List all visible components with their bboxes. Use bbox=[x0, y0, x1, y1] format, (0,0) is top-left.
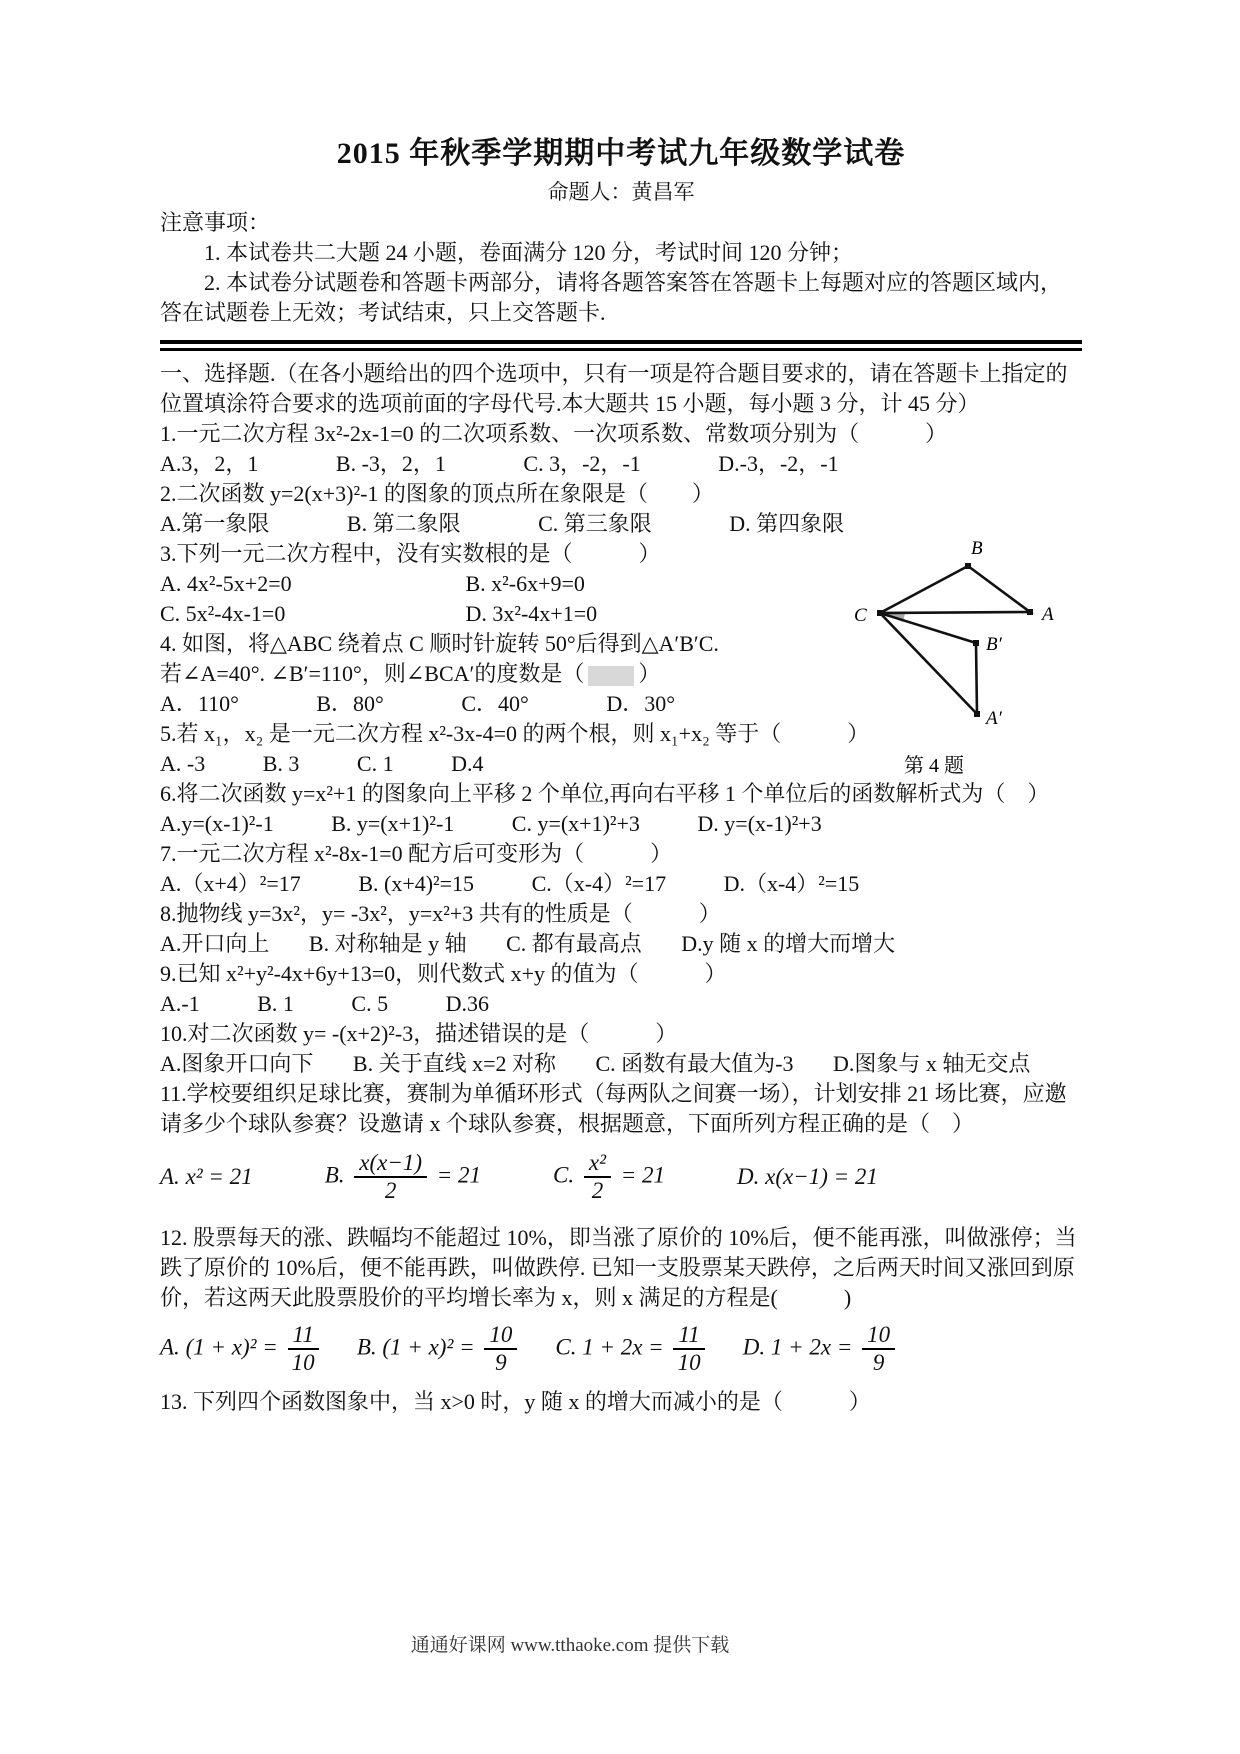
option-lhs: (1 + x)² = bbox=[186, 1334, 278, 1359]
option-d: D. 1 + 2x = 10 9 bbox=[743, 1322, 899, 1377]
fraction-numerator: 10 bbox=[862, 1322, 895, 1350]
option-b: B．80° bbox=[316, 689, 383, 719]
notice-heading: 注意事项： bbox=[160, 208, 1082, 238]
vertex-a1-dot bbox=[974, 711, 980, 717]
option-d: D.-3，-2，-1 bbox=[718, 449, 838, 479]
question-10-stem: 10.对二次函数 y= -(x+2)²-3，描述错误的是（ ） bbox=[160, 1019, 1082, 1049]
option-a: A. x² = 21 bbox=[160, 1164, 253, 1190]
option-c: C. 都有最高点 bbox=[506, 929, 642, 959]
option-a: A. 4x²-5x+2=0 bbox=[160, 569, 460, 599]
fraction: x² 2 bbox=[584, 1150, 611, 1205]
answer-blank-box bbox=[588, 666, 634, 686]
question-6-options: A.y=(x-1)²-1 B. y=(x+1)²-1 C. y=(x+1)²+3… bbox=[160, 809, 1082, 839]
option-d: D.y 随 x 的增大而增大 bbox=[681, 929, 895, 959]
question-1-stem: 1.一元二次方程 3x²-2x-1=0 的二次项系数、一次项系数、常数项分别为（… bbox=[160, 419, 1082, 449]
option-label: B. bbox=[357, 1334, 377, 1359]
fraction: 10 9 bbox=[484, 1322, 517, 1377]
option-label: C. bbox=[555, 1334, 576, 1359]
footer-watermark: 通通好课网 www.tthaoke.com 提供下载 bbox=[0, 1630, 1140, 1657]
vertex-b1-label: B′ bbox=[986, 634, 1003, 655]
fraction: 11 10 bbox=[288, 1322, 319, 1377]
option-d: D. x(x−1) = 21 bbox=[737, 1164, 878, 1190]
author-line: 命题人：黄昌军 bbox=[160, 176, 1082, 208]
fraction-numerator: x(x−1) bbox=[354, 1150, 427, 1178]
question-2-stem: 2.二次函数 y=2(x+3)²-1 的图象的顶点所在象限是（ ） bbox=[160, 479, 1082, 509]
option-c: C. x² 2 = 21 bbox=[553, 1150, 665, 1205]
question-4-stem-close: ） bbox=[638, 661, 660, 686]
figure-caption: 第 4 题 bbox=[904, 754, 964, 777]
option-a: A.第一象限 bbox=[160, 509, 269, 539]
vertex-a1-label: A′ bbox=[984, 708, 1003, 729]
section-intro: 一、选择题.（在各小题给出的四个选项中，只有一项是符合题目要求的，请在答题卡上指… bbox=[160, 359, 1082, 419]
question-8-options: A.开口向上 B. 对称轴是 y 轴 C. 都有最高点 D.y 随 x 的增大而… bbox=[160, 929, 1082, 959]
question-11-options: A. x² = 21 B. x(x−1) 2 = 21 C. x² 2 = 21 bbox=[160, 1139, 1082, 1215]
vertex-c-dot bbox=[877, 610, 883, 616]
option-d: D. 3x²-4x+1=0 bbox=[466, 599, 598, 629]
fraction-numerator: 11 bbox=[288, 1322, 319, 1350]
question-4-stem-open: 若∠A=40°. ∠B′=110°，则∠BCA′的度数是（ bbox=[160, 661, 584, 686]
question-9-stem: 9.已知 x²+y²-4x+6y+13=0，则代数式 x+y 的值为（ ） bbox=[160, 959, 1082, 989]
option-a: A.3，2，1 bbox=[160, 449, 258, 479]
option-d: D.4 bbox=[451, 749, 483, 779]
option-label: D. bbox=[743, 1334, 765, 1359]
option-a: A.开口向上 bbox=[160, 929, 269, 959]
option-c: C. 1 + 2x = 11 10 bbox=[555, 1322, 708, 1377]
question-1-options: A.3，2，1 B. -3，2，1 C. 3，-2，-1 D.-3，-2，-1 bbox=[160, 449, 1082, 479]
option-b: B. y=(x+1)²-1 bbox=[331, 809, 454, 839]
notice-item-1: 1. 本试卷共二大题 24 小题，卷面满分 120 分，考试时间 120 分钟； bbox=[160, 238, 1082, 268]
question-8-stem: 8.抛物线 y=3x²，y= -3x²，y=x²+3 共有的性质是（ ） bbox=[160, 899, 1082, 929]
fraction: x(x−1) 2 bbox=[354, 1150, 427, 1205]
fraction-numerator: 11 bbox=[673, 1322, 704, 1350]
option-lhs: 1 + 2x = bbox=[771, 1334, 853, 1359]
option-a: A.-1 bbox=[160, 989, 200, 1019]
question-11-stem: 11.学校要组织足球比赛，赛制为单循环形式（每两队之间赛一场），计划安排 21 … bbox=[160, 1079, 1082, 1139]
fraction-numerator: x² bbox=[584, 1150, 611, 1178]
vertex-a-dot bbox=[1027, 609, 1033, 615]
vertex-a-label: A bbox=[1040, 604, 1054, 625]
question-13-stem: 13. 下列四个函数图象中，当 x>0 时，y 随 x 的增大而减小的是（ ） bbox=[160, 1387, 1082, 1417]
option-rhs: = 21 bbox=[621, 1162, 665, 1187]
fraction-denominator: 9 bbox=[862, 1350, 895, 1376]
fraction-denominator: 10 bbox=[673, 1350, 704, 1376]
option-lhs: 1 + 2x = bbox=[582, 1334, 664, 1359]
vertex-b-label: B bbox=[971, 538, 983, 559]
option-lhs: (1 + x)² = bbox=[382, 1334, 474, 1359]
option-c: C. 3，-2，-1 bbox=[523, 449, 640, 479]
fraction-numerator: 10 bbox=[484, 1322, 517, 1350]
exam-paper-page: 2015 年秋季学期期中考试九年级数学试卷 命题人：黄昌军 注意事项： 1. 本… bbox=[0, 0, 1240, 1754]
vertex-c-label: C bbox=[854, 605, 867, 626]
option-c: C. 1 bbox=[357, 749, 394, 779]
option-label: C. bbox=[553, 1162, 574, 1187]
fraction-denominator: 2 bbox=[584, 1178, 611, 1204]
notice-item-2: 2. 本试卷分试题卷和答题卡两部分，请将各题答案答在答题卡上每题对应的答题区域内… bbox=[160, 268, 1082, 328]
page-title: 2015 年秋季学期期中考试九年级数学试卷 bbox=[160, 132, 1082, 176]
option-a: A．110° bbox=[160, 689, 239, 719]
fraction-denominator: 9 bbox=[484, 1350, 517, 1376]
fraction-denominator: 2 bbox=[354, 1178, 427, 1204]
option-b: B. 3 bbox=[263, 749, 300, 779]
option-b: B. 对称轴是 y 轴 bbox=[309, 929, 467, 959]
triangle-a1b1c bbox=[880, 613, 977, 714]
option-c: C．40° bbox=[461, 689, 528, 719]
question-12-stem: 12. 股票每天的涨、跌幅均不能超过 10%，即当涨了原价的 10%后，便不能再… bbox=[160, 1223, 1082, 1313]
question-4-figure: B C A B′ A′ 第 4 题 bbox=[758, 528, 1068, 785]
option-rhs: = 21 bbox=[437, 1162, 481, 1187]
question-10-options: A.图象开口向下 B. 关于直线 x=2 对称 C. 函数有最大值为-3 D.图… bbox=[160, 1049, 1082, 1079]
option-b: B. -3，2，1 bbox=[336, 449, 446, 479]
option-b: B. 第二象限 bbox=[347, 509, 461, 539]
option-label: A. bbox=[160, 1334, 180, 1359]
fraction: 11 10 bbox=[673, 1322, 704, 1377]
option-a: A.图象开口向下 bbox=[160, 1049, 313, 1079]
option-a: A.（x+4）²=17 bbox=[160, 869, 301, 899]
option-a: A. -3 bbox=[160, 749, 205, 779]
option-b: B. (1 + x)² = 10 9 bbox=[357, 1322, 522, 1377]
option-a: A. (1 + x)² = 11 10 bbox=[160, 1322, 323, 1377]
triangle-abc bbox=[880, 566, 1030, 613]
option-label: D. bbox=[737, 1164, 759, 1189]
question-9-options: A.-1 B. 1 C. 5 D.36 bbox=[160, 989, 1082, 1019]
vertex-b-dot bbox=[965, 563, 971, 569]
section-divider bbox=[160, 340, 1082, 351]
option-d: D.图象与 x 轴无交点 bbox=[833, 1049, 1030, 1079]
question-7-options: A.（x+4）²=17 B. (x+4)²=15 C.（x-4）²=17 D.（… bbox=[160, 869, 1082, 899]
question-7-stem: 7.一元二次方程 x²-8x-1=0 配方后可变形为（ ） bbox=[160, 839, 1082, 869]
option-d: D.（x-4）²=15 bbox=[724, 869, 860, 899]
option-label: B. bbox=[325, 1162, 345, 1187]
option-c: C. 函数有最大值为-3 bbox=[595, 1049, 793, 1079]
vertex-b1-dot bbox=[973, 640, 979, 646]
fraction: 10 9 bbox=[862, 1322, 895, 1377]
option-expression: x(x−1) = 21 bbox=[765, 1164, 878, 1189]
option-d: D.36 bbox=[446, 989, 489, 1019]
question-12-options: A. (1 + x)² = 11 10 B. (1 + x)² = 10 9 C… bbox=[160, 1313, 1082, 1385]
option-b: B. 关于直线 x=2 对称 bbox=[353, 1049, 556, 1079]
option-c: C.（x-4）²=17 bbox=[532, 869, 667, 899]
option-b: B. 1 bbox=[257, 989, 294, 1019]
triangle-rotation-diagram: B C A B′ A′ 第 4 题 bbox=[758, 528, 1068, 780]
fraction-denominator: 10 bbox=[288, 1350, 319, 1376]
option-c: C. 5x²-4x-1=0 bbox=[160, 599, 460, 629]
option-c: C. y=(x+1)²+3 bbox=[512, 809, 640, 839]
option-d: D．30° bbox=[606, 689, 675, 719]
option-b: B. x²-6x+9=0 bbox=[466, 569, 585, 599]
option-a: A.y=(x-1)²-1 bbox=[160, 809, 274, 839]
option-expression: x² = 21 bbox=[186, 1164, 253, 1189]
option-d: D. y=(x-1)²+3 bbox=[697, 809, 821, 839]
option-b: B. x(x−1) 2 = 21 bbox=[325, 1150, 481, 1205]
option-label: A. bbox=[160, 1164, 180, 1189]
option-c: C. 第三象限 bbox=[538, 509, 652, 539]
option-b: B. (x+4)²=15 bbox=[358, 869, 474, 899]
option-c: C. 5 bbox=[351, 989, 388, 1019]
